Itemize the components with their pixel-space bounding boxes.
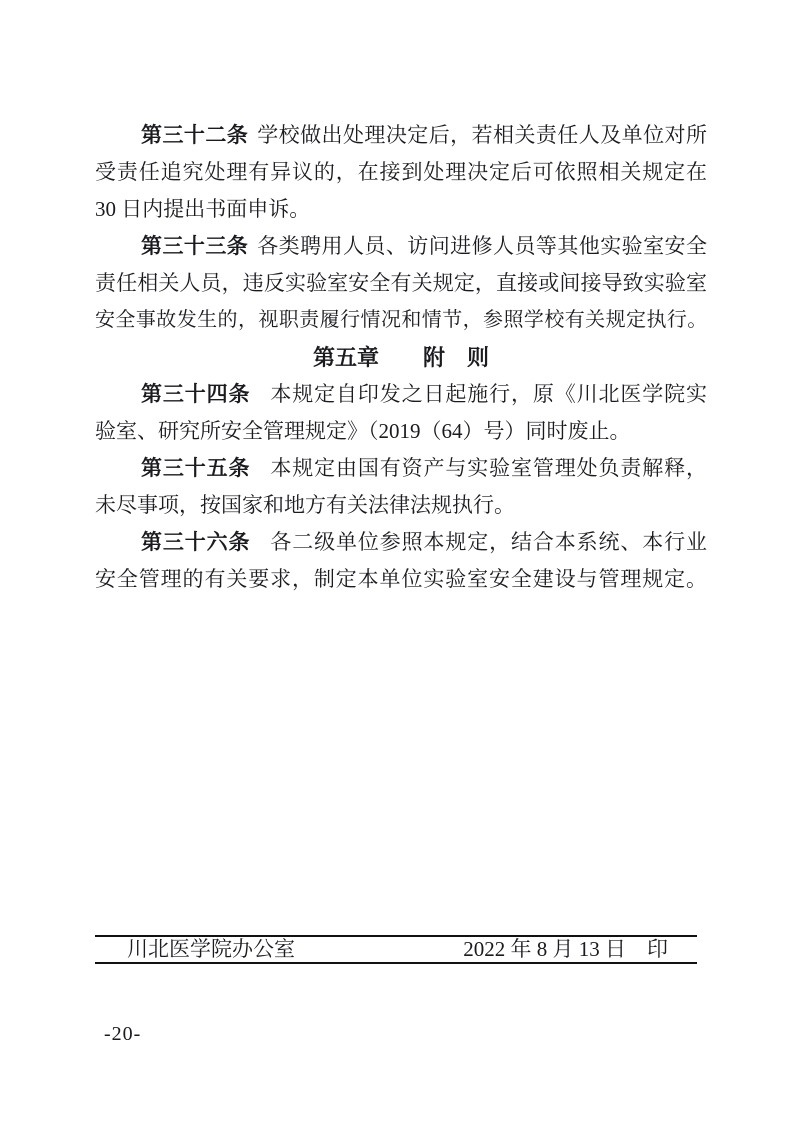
article-33-number: 第三十三条 xyxy=(141,234,248,258)
article-36: 第三十六条各二级单位参照本规定，结合本系统、本行业 安全管理的有关要求，制定本单… xyxy=(95,524,707,598)
chapter-number: 第五章 xyxy=(313,345,379,370)
article-32: 第三十二条学校做出处理决定后，若相关责任人及单位对所 受责任追究处理有异议的，在… xyxy=(95,117,707,228)
article-33: 第三十三条各类聘用人员、访问进修人员等其他实验室安全 责任相关人员，违反实验室安… xyxy=(95,228,707,339)
article-34-number: 第三十四条 xyxy=(141,382,250,406)
article-34: 第三十四条本规定自印发之日起施行，原《川北医学院实 验室、研究所安全管理规定》（… xyxy=(95,376,707,450)
footer-office-name: 川北医学院办公室 xyxy=(127,938,295,961)
article-36-line-2: 安全管理的有关要求，制定本单位实验室安全建设与管理规定。 xyxy=(95,561,707,598)
article-34-text: 本规定自印发之日起施行，原《川北医学院实 xyxy=(270,382,707,406)
document-page: 第三十二条学校做出处理决定后，若相关责任人及单位对所 受责任追究处理有异议的，在… xyxy=(0,0,793,1122)
page-number: -20- xyxy=(104,1023,141,1046)
article-35-line-2: 未尽事项，按国家和地方有关法律法规执行。 xyxy=(95,487,707,524)
article-35-line-1: 第三十五条本规定由国有资产与实验室管理处负责解释， xyxy=(95,450,707,487)
article-32-number: 第三十二条 xyxy=(141,123,248,147)
footer: 川北医学院办公室 2022 年 8 月 13 日 印 xyxy=(95,938,697,961)
article-32-line-1: 第三十二条学校做出处理决定后，若相关责任人及单位对所 xyxy=(95,117,707,154)
article-33-line-1: 第三十三条各类聘用人员、访问进修人员等其他实验室安全 xyxy=(95,228,707,265)
article-32-line-3: 30 日内提出书面申诉。 xyxy=(95,191,707,228)
article-34-line-2: 验室、研究所安全管理规定》（2019（64）号）同时废止。 xyxy=(95,413,707,450)
article-32-text: 学校做出处理决定后，若相关责任人及单位对所 xyxy=(257,123,707,147)
article-33-line-3: 安全事故发生的，视职责履行情况和情节，参照学校有关规定执行。 xyxy=(95,302,707,339)
footer-print-date: 2022 年 8 月 13 日 印 xyxy=(463,938,668,961)
footer-rule-bottom xyxy=(95,962,697,964)
article-36-number: 第三十六条 xyxy=(141,530,250,554)
article-36-line-1: 第三十六条各二级单位参照本规定，结合本系统、本行业 xyxy=(95,524,707,561)
article-32-line-2: 受责任追究处理有异议的，在接到处理决定后可依照相关规定在 xyxy=(95,154,707,191)
chapter-title: 附 则 xyxy=(423,345,489,370)
article-36-text: 各二级单位参照本规定，结合本系统、本行业 xyxy=(270,530,707,554)
document-body: 第三十二条学校做出处理决定后，若相关责任人及单位对所 受责任追究处理有异议的，在… xyxy=(95,117,707,598)
article-35-text: 本规定由国有资产与实验室管理处负责解释， xyxy=(270,456,707,480)
chapter-heading: 第五章附 则 xyxy=(95,339,707,376)
article-35: 第三十五条本规定由国有资产与实验室管理处负责解释， 未尽事项，按国家和地方有关法… xyxy=(95,450,707,524)
article-34-line-1: 第三十四条本规定自印发之日起施行，原《川北医学院实 xyxy=(95,376,707,413)
article-35-number: 第三十五条 xyxy=(141,456,250,480)
article-33-line-2: 责任相关人员，违反实验室安全有关规定，直接或间接导致实验室 xyxy=(95,265,707,302)
article-33-text: 各类聘用人员、访问进修人员等其他实验室安全 xyxy=(257,234,707,258)
